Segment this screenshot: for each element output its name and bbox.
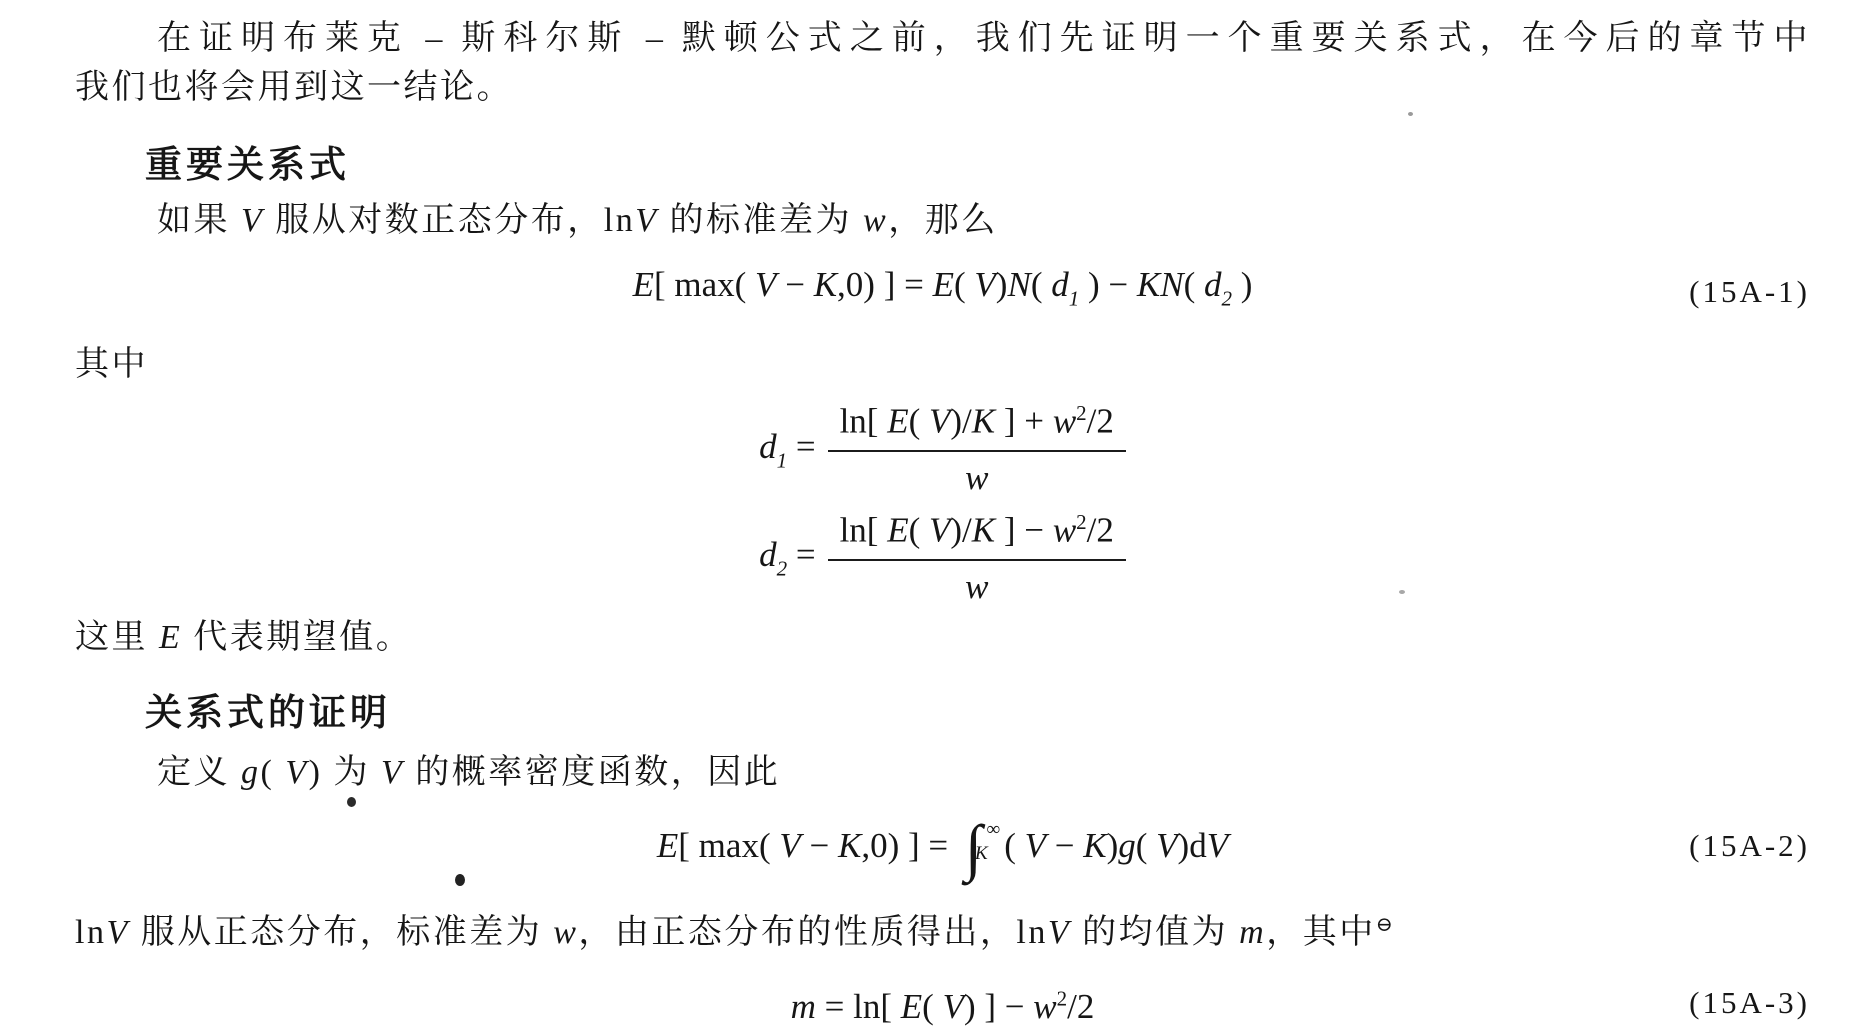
- equation-15A-3-number: (15A-3): [1689, 977, 1810, 1029]
- math-token: 的标准差为: [659, 202, 864, 239]
- math-token: V: [929, 402, 950, 441]
- equation-15A-3: m = ln[ E( V) ] − w2/2 (15A-3): [75, 973, 1810, 1034]
- equation-d1: d1 = ln[ E( V)/K ] + w2/2 w: [75, 401, 1810, 498]
- equation-d1-lhs: d1 =: [759, 427, 816, 473]
- math-token: (: [909, 402, 929, 441]
- math-token: V: [635, 202, 658, 239]
- math-token: d: [759, 427, 777, 466]
- equation-15A-2-body: E[ max( V − K,0) ] = ∫∞K( V − K)g( V)dV: [657, 826, 1228, 865]
- math-token: E: [657, 826, 678, 865]
- math-token: w: [553, 914, 578, 951]
- math-token: N: [1007, 265, 1030, 304]
- page-content: 在证明布莱克 – 斯科尔斯 – 默顿公式之前，我们先证明一个重要关系式，在今后的…: [0, 0, 1854, 1033]
- math-token: V: [755, 265, 776, 304]
- math-token: K: [1137, 265, 1160, 304]
- math-token: w: [965, 458, 988, 497]
- math-token: 定义: [157, 754, 241, 791]
- math-token: 2: [1222, 286, 1233, 310]
- math-token: d: [1051, 265, 1069, 304]
- math-token: (: [261, 754, 286, 791]
- math-token: ) −: [1079, 265, 1137, 304]
- math-token: V: [106, 914, 129, 951]
- equation-d2: d2 = ln[ E( V)/K ] − w2/2 w: [75, 510, 1810, 607]
- equation-15A-2: E[ max( V − K,0) ] = ∫∞K( V − K)g( V)dV …: [75, 813, 1810, 879]
- heading-important-relation: 重要关系式: [75, 142, 1810, 188]
- math-token: 2: [1057, 987, 1068, 1011]
- math-token: 代表期望值。: [182, 619, 412, 656]
- equation-15A-1-body: E[ max( V − K,0) ] = E( V)N( d1 ) − KN( …: [633, 265, 1253, 304]
- math-token: −: [1046, 826, 1083, 865]
- math-token: E: [901, 987, 922, 1026]
- equation-d2-denominator: w: [828, 559, 1126, 607]
- math-token: w: [863, 202, 888, 239]
- math-token: 2: [1076, 510, 1087, 534]
- math-token: ): [1232, 265, 1252, 304]
- math-token: ): [1107, 826, 1119, 865]
- math-token: g: [241, 754, 261, 791]
- math-token: 这里: [75, 619, 159, 656]
- math-token: w: [965, 567, 988, 606]
- math-token: ln[: [840, 511, 888, 550]
- math-token: m: [1239, 914, 1266, 951]
- math-token: V: [381, 754, 404, 791]
- math-token: E: [887, 402, 908, 441]
- math-token: K: [814, 265, 837, 304]
- equation-d1-fraction: ln[ E( V)/K ] + w2/2 w: [828, 401, 1126, 498]
- math-token: (: [922, 987, 942, 1026]
- math-token: ): [309, 754, 334, 791]
- math-token: [ max(: [678, 826, 779, 865]
- math-token: /2: [1087, 511, 1114, 550]
- equation-15A-1: E[ max( V − K,0) ] = E( V)N( d1 ) − KN( …: [75, 259, 1810, 324]
- math-token: /2: [1087, 402, 1114, 441]
- math-token: N: [1160, 265, 1183, 304]
- math-token: 1: [777, 448, 788, 472]
- paragraph-normal-mean: lnV 服从正态分布，标准差为 w，由正态分布的性质得出，lnV 的均值为 m，…: [75, 901, 1810, 957]
- math-token: /2: [1067, 987, 1094, 1026]
- math-token: V: [974, 265, 995, 304]
- math-token: 如果: [157, 202, 241, 239]
- math-token: ) ] −: [964, 987, 1033, 1026]
- math-token: V: [1207, 826, 1228, 865]
- math-token: ln[: [840, 402, 888, 441]
- math-token: 的均值为: [1071, 914, 1239, 951]
- equation-d1-numerator: ln[ E( V)/K ] + w2/2: [828, 401, 1126, 450]
- paragraph-intro: 在证明布莱克 – 斯科尔斯 – 默顿公式之前，我们先证明一个重要关系式，在今后的…: [75, 14, 1810, 112]
- math-token: ,0) ] =: [837, 265, 933, 304]
- math-token: w: [1033, 987, 1056, 1026]
- math-token: ] −: [995, 511, 1053, 550]
- equation-d2-lhs: d2 =: [759, 535, 816, 581]
- math-token: ): [996, 265, 1008, 304]
- math-token: m: [791, 987, 816, 1026]
- math-token: ln: [75, 914, 106, 951]
- integral-upper-limit: ∞: [986, 797, 1000, 863]
- math-token: 服从正态分布，标准差为: [130, 914, 554, 951]
- math-token: d: [759, 535, 777, 574]
- paragraph-where: 其中: [75, 340, 1810, 389]
- equation-15A-2-number: (15A-2): [1689, 813, 1810, 879]
- math-token: (: [1004, 826, 1024, 865]
- equation-15A-3-body: m = ln[ E( V) ] − w2/2: [791, 987, 1095, 1026]
- scan-artifact-dot: [455, 874, 465, 886]
- math-token: (: [1031, 265, 1051, 304]
- equation-d1-denominator: w: [828, 450, 1126, 498]
- math-token: 2: [777, 557, 788, 581]
- math-token: −: [801, 826, 838, 865]
- paragraph-lognormal-condition: 如果 V 服从对数正态分布，lnV 的标准差为 w，那么: [75, 196, 1810, 245]
- integral-sign: ∫∞K: [965, 813, 982, 879]
- scan-artifact-dot: [347, 797, 356, 807]
- math-token: (: [1136, 826, 1156, 865]
- math-token: 服从对数正态分布，ln: [264, 202, 635, 239]
- math-token: V: [779, 826, 800, 865]
- scan-artifact-dot: [1399, 590, 1405, 594]
- math-token: −: [776, 265, 813, 304]
- math-token: (: [1184, 265, 1204, 304]
- math-token: K: [1083, 826, 1106, 865]
- paragraph-intro-line-2: 我们也将会用到这一结论。: [75, 63, 1810, 112]
- paragraph-intro-line-1: 在证明布莱克 – 斯科尔斯 – 默顿公式之前，我们先证明一个重要关系式，在今后的…: [75, 14, 1810, 63]
- math-token: =: [787, 535, 816, 574]
- math-token: E: [159, 619, 182, 656]
- math-token: = ln[: [816, 987, 901, 1026]
- math-token: V: [1156, 826, 1177, 865]
- math-token: V: [1048, 914, 1071, 951]
- math-token: =: [787, 427, 816, 466]
- math-token: ⊖: [1376, 914, 1396, 936]
- integral-lower-limit: K: [975, 821, 988, 887]
- math-token: ,0) ] =: [861, 826, 957, 865]
- math-token: w: [1053, 402, 1076, 441]
- math-token: ] +: [995, 402, 1053, 441]
- paragraph-expectation-note: 这里 E 代表期望值。: [75, 613, 1810, 662]
- math-token: K: [838, 826, 861, 865]
- math-token: ，由正态分布的性质得出，ln: [578, 914, 1047, 951]
- scan-artifact-dot: [1408, 112, 1413, 116]
- heading-proof-of-relation: 关系式的证明: [75, 690, 1810, 736]
- math-token: d: [1204, 265, 1222, 304]
- equation-15A-1-number: (15A-1): [1689, 266, 1810, 318]
- math-token: (: [909, 511, 929, 550]
- math-token: 为: [333, 754, 381, 791]
- math-token: V: [929, 511, 950, 550]
- math-token: 的概率密度函数，因此: [404, 754, 780, 791]
- math-token: K: [972, 402, 995, 441]
- math-token: E: [633, 265, 654, 304]
- math-token: [ max(: [654, 265, 755, 304]
- math-token: K: [972, 511, 995, 550]
- scanned-textbook-page: 在证明布莱克 – 斯科尔斯 – 默顿公式之前，我们先证明一个重要关系式，在今后的…: [0, 0, 1854, 1035]
- math-token: V: [241, 202, 264, 239]
- equation-d2-numerator: ln[ E( V)/K ] − w2/2: [828, 510, 1126, 559]
- math-token: V: [1025, 826, 1046, 865]
- equation-d2-fraction: ln[ E( V)/K ] − w2/2 w: [828, 510, 1126, 607]
- math-token: )d: [1178, 826, 1207, 865]
- math-token: V: [943, 987, 964, 1026]
- paragraph-density-definition: 定义 g( V) 为 V 的概率密度函数，因此: [75, 748, 1810, 797]
- math-token: ，那么: [888, 202, 998, 239]
- math-token: w: [1053, 511, 1076, 550]
- math-token: )/: [950, 402, 971, 441]
- math-token: (: [954, 265, 974, 304]
- math-token: V: [285, 754, 308, 791]
- math-token: E: [933, 265, 954, 304]
- math-token: )/: [950, 511, 971, 550]
- math-token: 1: [1069, 286, 1080, 310]
- math-token: g: [1118, 826, 1136, 865]
- math-token: ，其中: [1266, 914, 1376, 951]
- math-token: E: [887, 511, 908, 550]
- math-token: 2: [1076, 401, 1087, 425]
